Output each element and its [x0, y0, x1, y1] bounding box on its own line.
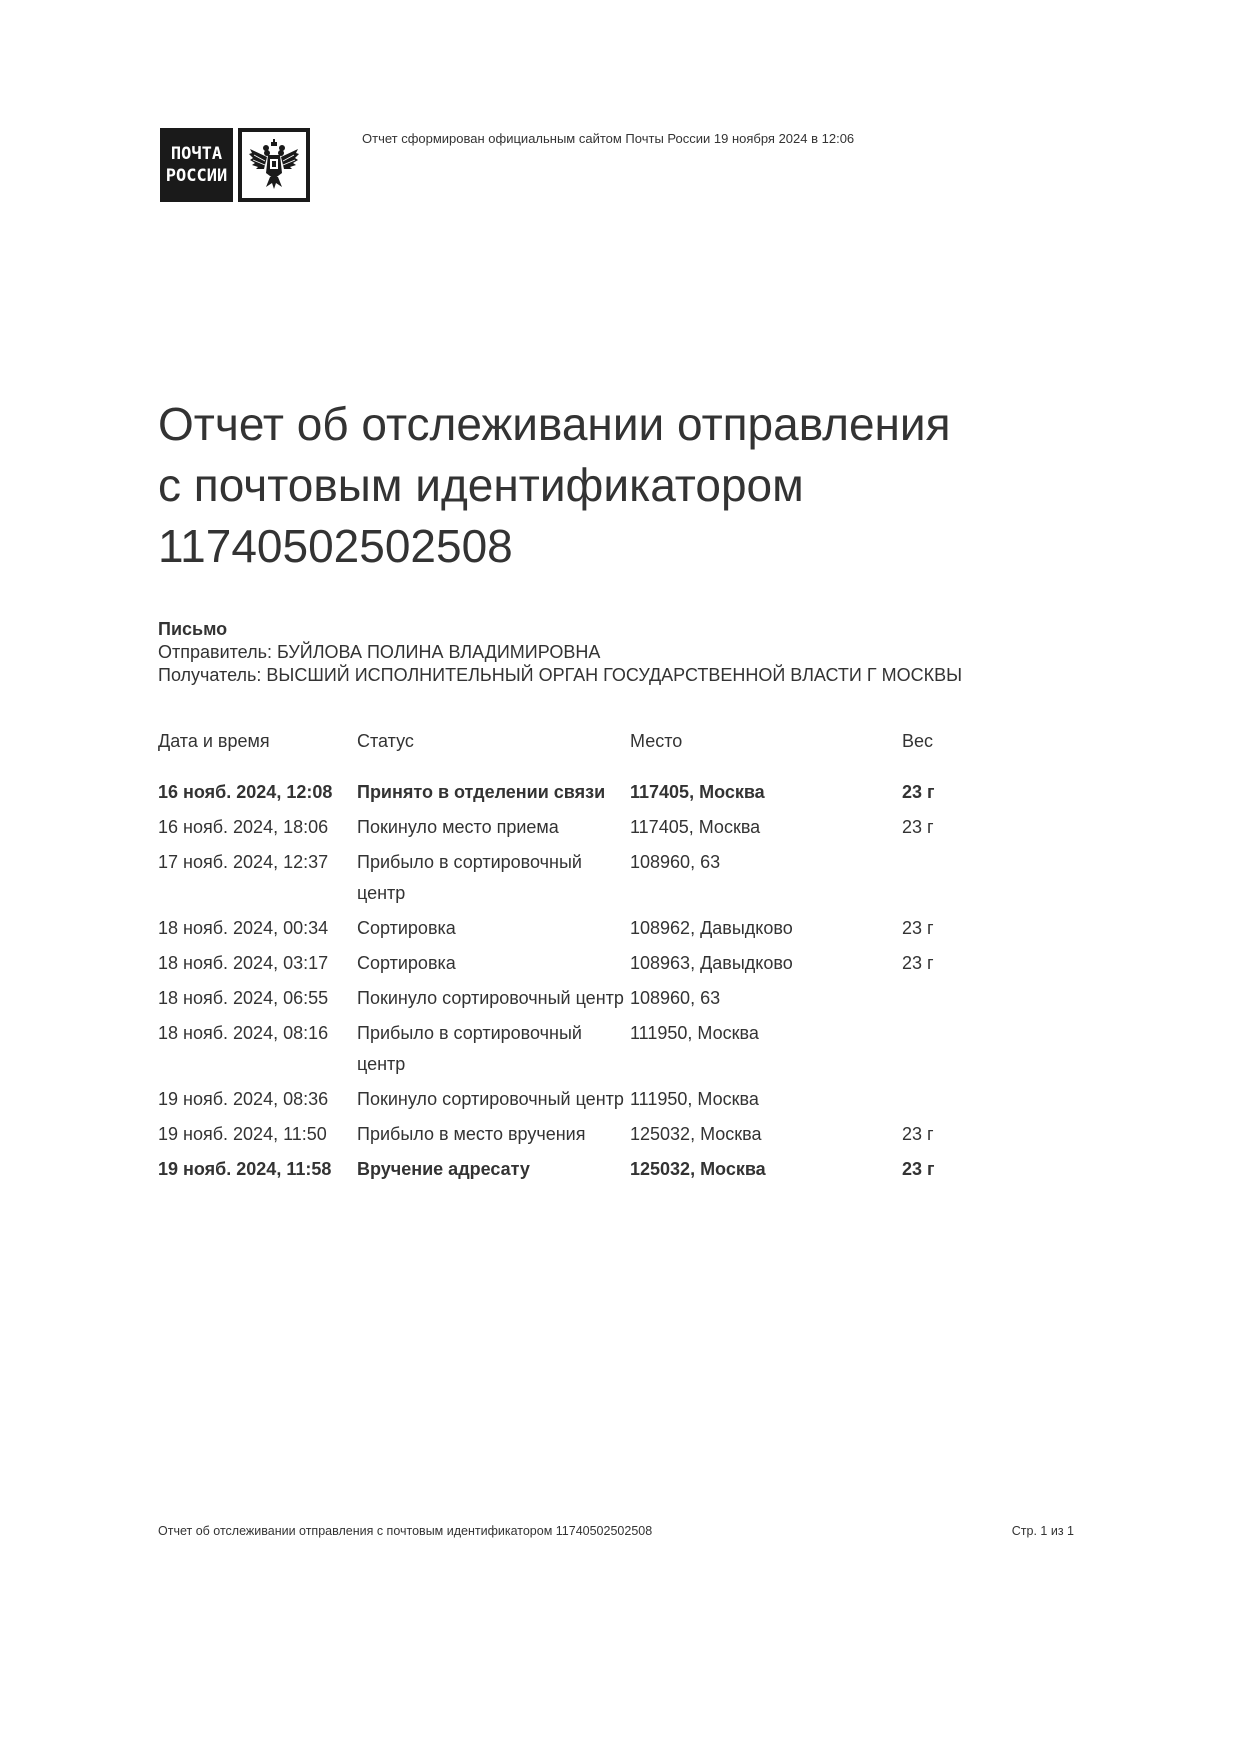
cell-date: 16 нояб. 2024, 18:06	[158, 812, 357, 843]
logo-text-line2: РОССИИ	[166, 165, 227, 187]
table-body: 16 нояб. 2024, 12:08Принято в отделении …	[158, 777, 1058, 1185]
russian-post-logo: ПОЧТА РОССИИ	[160, 128, 310, 202]
cell-status: Вручение адресату	[357, 1154, 630, 1185]
shipment-info: Письмо Отправитель: БУЙЛОВА ПОЛИНА ВЛАДИ…	[158, 618, 962, 687]
double-headed-eagle-icon	[238, 128, 310, 202]
cell-weight: 23 г	[902, 1119, 1002, 1150]
logo-wordmark: ПОЧТА РОССИИ	[160, 128, 233, 202]
cell-place: 108963, Давыдково	[630, 948, 902, 979]
cell-place: 108960, 63	[630, 847, 902, 909]
cell-status: Прибыло в сортировочный центр	[357, 1018, 630, 1080]
cell-status: Принято в отделении связи	[357, 777, 630, 808]
table-row: 16 нояб. 2024, 18:06Покинуло место прием…	[158, 812, 1058, 843]
table-row: 18 нояб. 2024, 00:34Сортировка108962, Да…	[158, 913, 1058, 944]
cell-weight	[902, 1084, 1002, 1115]
cell-date: 17 нояб. 2024, 12:37	[158, 847, 357, 909]
column-header-date: Дата и время	[158, 731, 357, 777]
cell-date: 18 нояб. 2024, 06:55	[158, 983, 357, 1014]
cell-place: 117405, Москва	[630, 812, 902, 843]
cell-weight	[902, 1018, 1002, 1080]
cell-status: Прибыло в сортировочный центр	[357, 847, 630, 909]
table-header: Дата и время Статус Место Вес	[158, 731, 1058, 777]
footer-title: Отчет об отслеживании отправления с почт…	[158, 1524, 652, 1538]
cell-place: 108962, Давыдково	[630, 913, 902, 944]
tracking-table: Дата и время Статус Место Вес 16 нояб. 2…	[158, 731, 1058, 1189]
cell-status: Сортировка	[357, 948, 630, 979]
tracking-id: 11740502502508	[158, 516, 1078, 577]
table-row: 18 нояб. 2024, 08:16Прибыло в сортировоч…	[158, 1018, 1058, 1080]
cell-weight	[902, 847, 1002, 909]
table-row: 19 нояб. 2024, 11:58Вручение адресату125…	[158, 1154, 1058, 1185]
page-number: Стр. 1 из 1	[1012, 1524, 1074, 1538]
column-header-place: Место	[630, 731, 902, 777]
table-row: 19 нояб. 2024, 08:36Покинуло сортировочн…	[158, 1084, 1058, 1115]
table-row: 16 нояб. 2024, 12:08Принято в отделении …	[158, 777, 1058, 808]
cell-date: 19 нояб. 2024, 11:50	[158, 1119, 357, 1150]
cell-status: Покинуло сортировочный центр	[357, 1084, 630, 1115]
cell-place: 111950, Москва	[630, 1084, 902, 1115]
cell-weight: 23 г	[902, 777, 1002, 808]
table-row: 17 нояб. 2024, 12:37Прибыло в сортировоч…	[158, 847, 1058, 909]
table-row: 19 нояб. 2024, 11:50Прибыло в место вруч…	[158, 1119, 1058, 1150]
column-header-status: Статус	[357, 731, 630, 777]
column-header-weight: Вес	[902, 731, 1002, 777]
cell-place: 108960, 63	[630, 983, 902, 1014]
cell-date: 18 нояб. 2024, 08:16	[158, 1018, 357, 1080]
cell-status: Покинуло сортировочный центр	[357, 983, 630, 1014]
report-generated-note: Отчет сформирован официальным сайтом Поч…	[362, 131, 854, 146]
cell-place: 125032, Москва	[630, 1119, 902, 1150]
cell-weight	[902, 983, 1002, 1014]
cell-status: Сортировка	[357, 913, 630, 944]
logo-text-line1: ПОЧТА	[171, 143, 222, 165]
cell-place: 111950, Москва	[630, 1018, 902, 1080]
cell-place: 125032, Москва	[630, 1154, 902, 1185]
recipient: Получатель: ВЫСШИЙ ИСПОЛНИТЕЛЬНЫЙ ОРГАН …	[158, 664, 962, 687]
sender: Отправитель: БУЙЛОВА ПОЛИНА ВЛАДИМИРОВНА	[158, 641, 962, 664]
cell-date: 18 нояб. 2024, 03:17	[158, 948, 357, 979]
cell-date: 19 нояб. 2024, 11:58	[158, 1154, 357, 1185]
cell-weight: 23 г	[902, 1154, 1002, 1185]
cell-weight: 23 г	[902, 812, 1002, 843]
title-line-2: с почтовым идентификатором	[158, 455, 1078, 516]
title-line-1: Отчет об отслеживании отправления	[158, 394, 1078, 455]
cell-date: 19 нояб. 2024, 08:36	[158, 1084, 357, 1115]
cell-status: Покинуло место приема	[357, 812, 630, 843]
cell-status: Прибыло в место вручения	[357, 1119, 630, 1150]
cell-place: 117405, Москва	[630, 777, 902, 808]
shipment-kind: Письмо	[158, 618, 962, 641]
cell-weight: 23 г	[902, 913, 1002, 944]
table-row: 18 нояб. 2024, 06:55Покинуло сортировочн…	[158, 983, 1058, 1014]
page-title: Отчет об отслеживании отправления с почт…	[158, 394, 1078, 577]
table-row: 18 нояб. 2024, 03:17Сортировка108963, Да…	[158, 948, 1058, 979]
cell-date: 18 нояб. 2024, 00:34	[158, 913, 357, 944]
cell-weight: 23 г	[902, 948, 1002, 979]
cell-date: 16 нояб. 2024, 12:08	[158, 777, 357, 808]
